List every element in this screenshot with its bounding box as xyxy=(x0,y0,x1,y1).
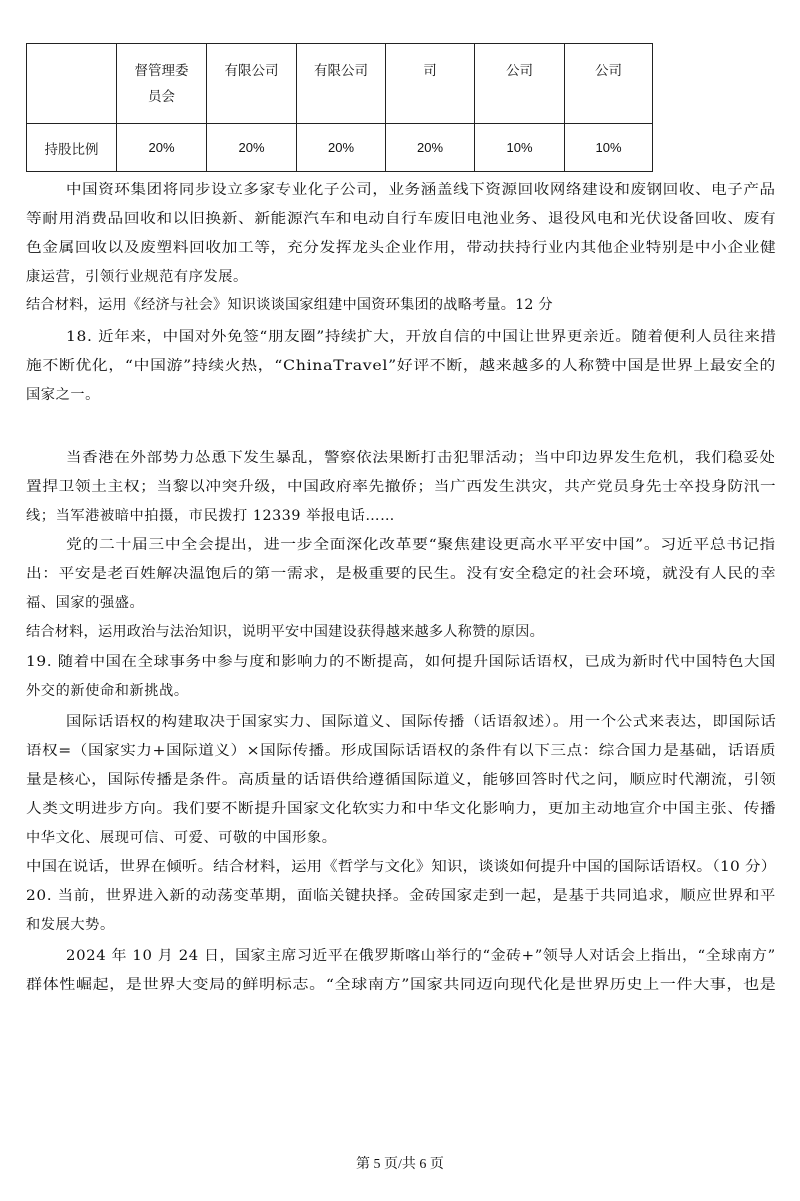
text-line: 中华文化、展现可信、可爱、可敬的中国形象。 xyxy=(26,828,337,848)
text-line: 国际话语权的构建取决于国家实力、国际道义、国际传播（话语叙述）。用一个公式来表达… xyxy=(66,712,776,732)
text-line: 福、国家的强盛。 xyxy=(26,593,144,613)
text-line: 中国资环集团将同步设立多家专业化子公司，业务涵盖线下资源回收网络建设和废钢回收、… xyxy=(66,180,776,200)
text-line: 线；当军港被暗中拍摄，市民拨打 12339 举报电话…… xyxy=(26,506,395,526)
text-line: 国家之一。 xyxy=(26,385,100,405)
table-header-cell xyxy=(27,44,117,124)
share-percent-cell: 20% xyxy=(386,124,475,172)
table-header-row: 督管理委员会 有限公司 有限公司 司 公司 公司 xyxy=(27,44,653,124)
table-value-row: 持股比例 20% 20% 20% 20% 10% 10% xyxy=(27,124,653,172)
share-percent-cell: 20% xyxy=(117,124,207,172)
share-percent-cell: 20% xyxy=(297,124,386,172)
table-header-cell: 有限公司 xyxy=(207,44,297,124)
text-line: 色金属回收以及废塑料回收加工等，充分发挥龙头企业作用，带动扶持行业内其他企业特别… xyxy=(26,238,776,258)
text-line: 群体性崛起，是世界大变局的鲜明标志。“全球南方”国家共同迈向现代化是世界历史上一… xyxy=(26,975,776,995)
question-prompt-line: 中国在说话，世界在倾听。结合材料，运用《哲学与文化》知识，谈谈如何提升中国的国际… xyxy=(26,857,776,877)
table-header-cell: 司 xyxy=(386,44,475,124)
row-label-cell: 持股比例 xyxy=(27,124,117,172)
table-header-cell: 督管理委员会 xyxy=(117,44,207,124)
page-number-footer: 第 5 页/共 6 页 xyxy=(0,1153,800,1173)
text-line: 2024 年 10 月 24 日，国家主席习近平在俄罗斯喀山举行的“金砖+”领导… xyxy=(66,946,776,966)
table-header-cell: 公司 xyxy=(565,44,653,124)
text-line: 党的二十届三中全会提出，进一步全面深化改革要“聚焦建设更高水平平安中国”。习近平… xyxy=(66,535,776,555)
text-line: 20. 当前，世界进入新的动荡变革期，面临关键抉择。金砖国家走到一起，是基于共同… xyxy=(26,886,776,906)
text-line: 和发展大势。 xyxy=(26,915,115,935)
text-line: 语权=（国家实力+国际道义）×国际传播。形成国际话语权的条件有以下三点：综合国力… xyxy=(26,741,776,761)
text-line: 19. 随着中国在全球事务中参与度和影响力的不断提高，如何提升国际话语权，已成为… xyxy=(26,652,776,672)
question-prompt-line: 结合材料，运用《经济与社会》知识谈谈国家组建中国资环集团的战略考量。12 分 xyxy=(26,295,553,315)
text-line: 量是核心，国际传播是条件。高质量的话语供给遵循国际道义，能够回答时代之问，顺应时… xyxy=(26,770,776,790)
text-line: 出：平安是老百姓解决温饱后的第一需求，是极重要的民生。没有安全稳定的社会环境，就… xyxy=(26,564,776,584)
question-prompt-line: 结合材料，运用政治与法治知识，说明平安中国建设获得越来越多人称赞的原因。 xyxy=(26,622,544,642)
text-line: 康运营，引领行业规范有序发展。 xyxy=(26,267,248,287)
text-line: 置捍卫领土主权；当黎以冲突升级，中国政府率先撤侨；当广西发生洪灾，共产党员身先士… xyxy=(26,477,776,497)
shareholding-table: 督管理委员会 有限公司 有限公司 司 公司 公司 持股比例 20% 20% 20… xyxy=(26,43,653,172)
text-line: 外交的新使命和新挑战。 xyxy=(26,681,189,701)
share-percent-cell: 20% xyxy=(207,124,297,172)
share-percent-cell: 10% xyxy=(475,124,565,172)
table-header-cell: 公司 xyxy=(475,44,565,124)
share-percent-cell: 10% xyxy=(565,124,653,172)
text-line: 等耐用消费品回收和以旧换新、新能源汽车和电动自行车废旧电池业务、退役风电和光伏设… xyxy=(26,209,776,229)
text-line: 施不断优化，“中国游”持续火热，“ChinaTravel”好评不断，越来越多的人… xyxy=(26,356,776,376)
text-line: 18. 近年来，中国对外免签“朋友圈”持续扩大，开放自信的中国让世界更亲近。随着… xyxy=(66,327,777,347)
text-line: 人类文明进步方向。我们要不断提升国家文化软实力和中华文化影响力，更加主动地宣介中… xyxy=(26,799,776,819)
table-header-cell: 有限公司 xyxy=(297,44,386,124)
text-line: 当香港在外部势力怂恿下发生暴乱，警察依法果断打击犯罪活动；当中印边界发生危机，我… xyxy=(66,448,776,468)
